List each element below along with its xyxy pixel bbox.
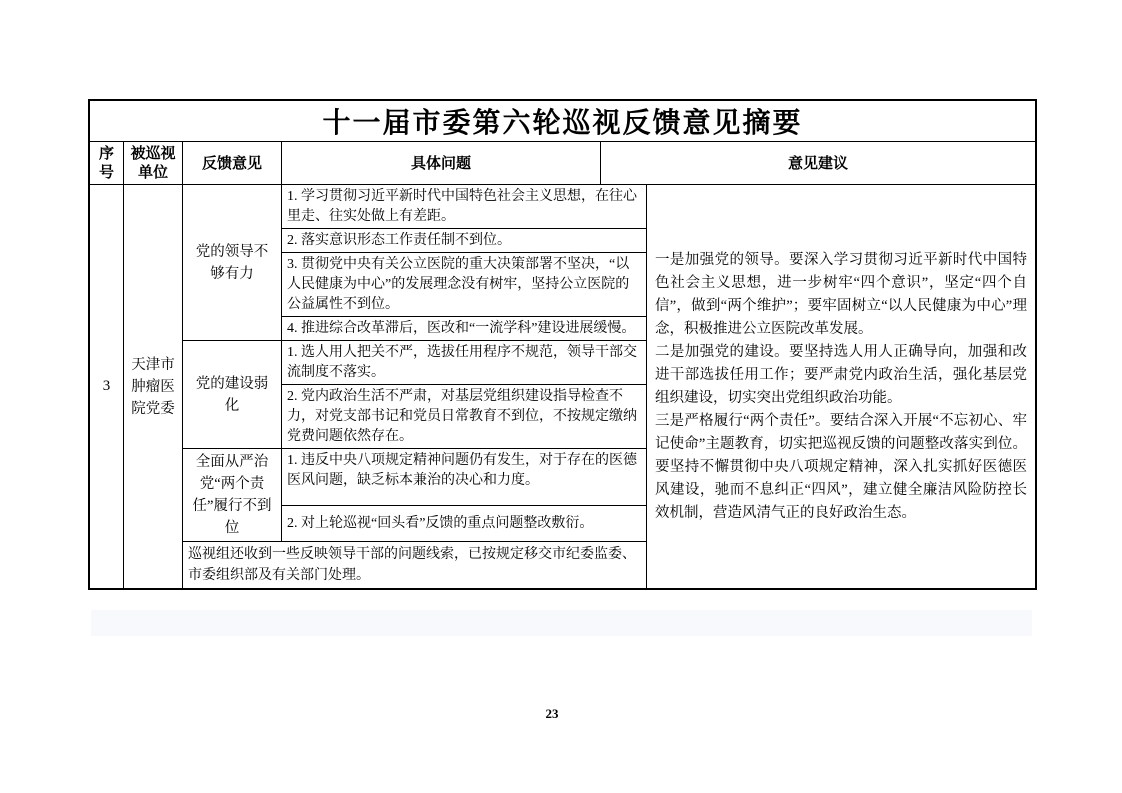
- feedback-label-text: 全面从严治党“两个责任”履行不到位: [192, 451, 272, 539]
- feedback-group-party-leadership: 党的领导不够有力 1. 学习贯彻习近平新时代中国特色社会主义思想，在往心里走、往…: [183, 185, 646, 341]
- problem-list: 1. 学习贯彻习近平新时代中国特色社会主义思想，在往心里走、往实处做上有差距。 …: [282, 185, 646, 340]
- problem-item: 2. 党内政治生活不严肃，对基层党组织建设指导检查不力，对党支部书记和党员日常教…: [282, 385, 646, 448]
- table-body-row: 3 天津市肿瘤医院党委 党的领导不够有力 1. 学习贯彻习近平新时代中国特色社会…: [90, 185, 1035, 588]
- suggestions-cell: 一是加强党的领导。要深入学习贯彻习近平新时代中国特色社会主义思想，进一步树牢“四…: [647, 185, 1035, 588]
- feedback-label: 党的建设弱化: [183, 341, 282, 448]
- page-number: 23: [0, 706, 1104, 722]
- feedback-group-party-building: 党的建设弱化 1. 选人用人把关不严，选拔任用程序不规范，领导干部交流制度不落实…: [183, 341, 646, 449]
- column-header-index: 序号: [90, 142, 124, 184]
- problem-item: 1. 违反中央八项规定精神问题仍有发生，对于存在的医德医风问题，缺乏标本兼治的决…: [282, 449, 646, 506]
- suggestion-paragraph: 三是严格履行“两个责任”。要结合深入开展“不忘初心、牢记使命”主题教育，切实把巡…: [655, 410, 1027, 525]
- problem-list: 1. 选人用人把关不严，选拔任用程序不规范，领导干部交流制度不落实。 2. 党内…: [282, 341, 646, 448]
- inspection-feedback-table: 十一届市委第六轮巡视反馈意见摘要 序号 被巡视单位 反馈意见 具体问题 意见建议…: [88, 99, 1037, 590]
- feedback-problems-column: 党的领导不够有力 1. 学习贯彻习近平新时代中国特色社会主义思想，在往心里走、往…: [183, 185, 647, 588]
- problem-item: 2. 对上轮巡视“回头看”反馈的重点问题整改敷衍。: [282, 506, 646, 542]
- column-header-problems: 具体问题: [282, 142, 601, 184]
- row-index-cell: 3: [90, 185, 124, 588]
- table-header-row: 序号 被巡视单位 反馈意见 具体问题 意见建议: [90, 142, 1035, 185]
- inspected-unit-name: 天津市肿瘤医院党委: [130, 354, 176, 420]
- feedback-label: 全面从严治党“两个责任”履行不到位: [183, 449, 282, 541]
- problem-item: 3. 贯彻党中央有关公立医院的重大决策部署不坚决，“以人民健康为中心”的发展理念…: [282, 253, 646, 317]
- problem-item: 1. 学习贯彻习近平新时代中国特色社会主义思想，在往心里走、往实处做上有差距。: [282, 185, 646, 229]
- feedback-label-text: 党的建设弱化: [192, 373, 272, 417]
- feedback-label: 党的领导不够有力: [183, 185, 282, 340]
- column-header-suggestions: 意见建议: [601, 142, 1035, 184]
- table-title: 十一届市委第六轮巡视反馈意见摘要: [90, 101, 1035, 142]
- suggestion-paragraph: 二是加强党的建设。要坚持选人用人正确导向，加强和改进干部选拔任用工作；要严肃党内…: [655, 341, 1027, 410]
- feedback-label-text: 党的领导不够有力: [192, 241, 272, 285]
- feedback-group-two-responsibilities: 全面从严治党“两个责任”履行不到位 1. 违反中央八项规定精神问题仍有发生，对于…: [183, 449, 646, 542]
- problem-list: 1. 违反中央八项规定精神问题仍有发生，对于存在的医德医风问题，缺乏标本兼治的决…: [282, 449, 646, 541]
- column-header-unit: 被巡视单位: [124, 142, 183, 184]
- suggestion-paragraph: 一是加强党的领导。要深入学习贯彻习近平新时代中国特色社会主义思想，进一步树牢“四…: [655, 249, 1027, 341]
- problem-item: 4. 推进综合改革滞后，医改和“一流学科”建设进展缓慢。: [282, 317, 646, 340]
- column-header-feedback: 反馈意见: [183, 142, 282, 184]
- problem-item: 1. 选人用人把关不严，选拔任用程序不规范，领导干部交流制度不落实。: [282, 341, 646, 385]
- inspected-unit-cell: 天津市肿瘤医院党委: [124, 185, 183, 588]
- highlight-bar: [91, 610, 1032, 636]
- clues-transfer-note: 巡视组还收到一些反映领导干部的问题线索，已按规定移交市纪委监委、市委组织部及有关…: [183, 542, 646, 588]
- problem-item: 2. 落实意识形态工作责任制不到位。: [282, 229, 646, 253]
